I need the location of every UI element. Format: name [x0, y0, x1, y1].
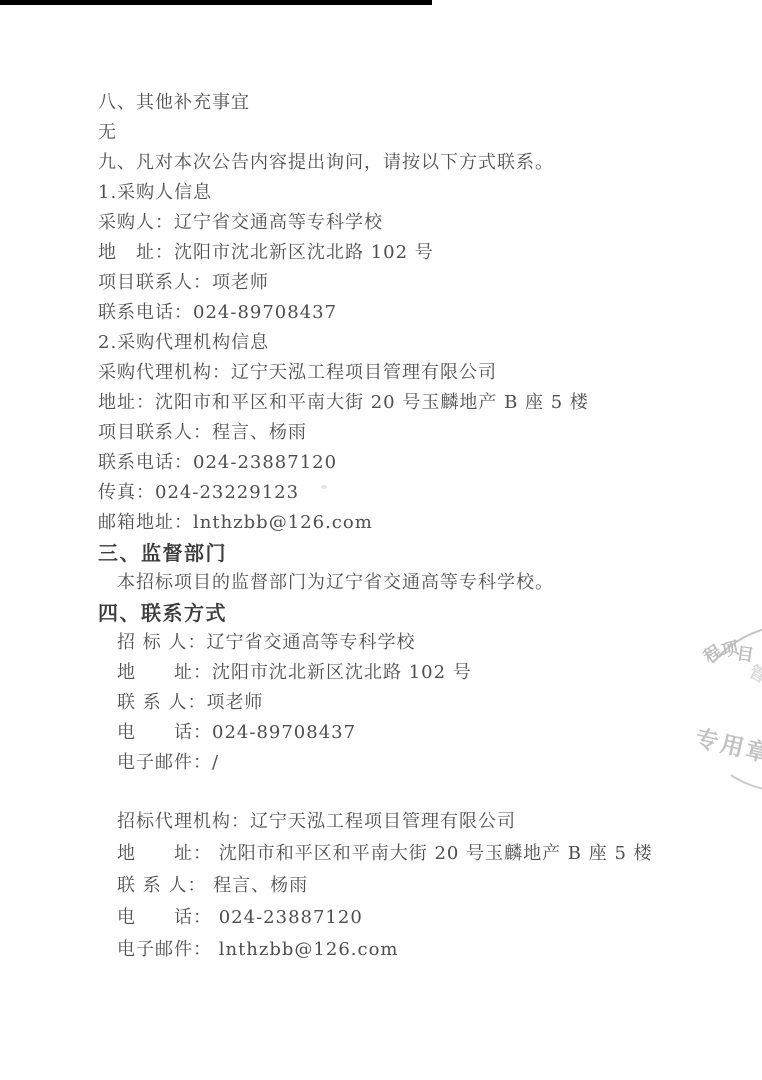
blank-line	[98, 778, 742, 806]
agency-fax-line: 传真：024-23229123	[98, 478, 742, 508]
tenderer-contact-line: 联 系 人：项老师	[98, 688, 742, 718]
tenderer-address-line: 地 址：沈阳市沈北新区沈北路 102 号	[98, 658, 742, 688]
tenderer-phone-line: 电 话：024-89708437	[98, 718, 742, 748]
purchaser-name-line: 采购人：辽宁省交通高等专科学校	[98, 208, 742, 238]
supervision-section-heading: 三、监督部门	[98, 538, 742, 568]
tender-agent-address-line: 地 址： 沈阳市和平区和平南大街 20 号玉麟地产 B 座 5 楼	[98, 838, 742, 870]
scanned-document-page: 八、其他补充事宜 无 九、凡对本次公告内容提出询问，请按以下方式联系。 1.采购…	[0, 0, 762, 1080]
agency-address-line: 地址：沈阳市和平区和平南大街 20 号玉麟地产 B 座 5 楼	[98, 388, 742, 418]
purchaser-address-line: 地 址：沈阳市沈北新区沈北路 102 号	[98, 238, 742, 268]
scanner-edge-artifact	[0, 0, 432, 5]
section-8-none-value: 无	[98, 118, 742, 148]
agency-info-title: 2.采购代理机构信息	[98, 328, 742, 358]
tender-agent-contact-line: 联 系 人： 程言、杨雨	[98, 870, 742, 902]
tenderer-email-line: 电子邮件：/	[98, 748, 742, 778]
tender-agent-email-line: 电子邮件： lnthzbb@126.com	[98, 934, 742, 966]
seal-arc-char: 管	[745, 657, 762, 687]
purchaser-contact-line: 项目联系人：项老师	[98, 268, 742, 298]
agency-contact-line: 项目联系人：程言、杨雨	[98, 418, 742, 448]
tender-agent-name-line: 招标代理机构：辽宁天泓工程项目管理有限公司	[98, 806, 742, 838]
document-body: 八、其他补充事宜 无 九、凡对本次公告内容提出询问，请按以下方式联系。 1.采购…	[98, 88, 742, 966]
purchaser-info-title: 1.采购人信息	[98, 178, 742, 208]
contact-section-heading: 四、联系方式	[98, 598, 742, 628]
supervision-body-line: 本招标项目的监督部门为辽宁省交通高等专科学校。	[98, 568, 742, 598]
agency-email-line: 邮箱地址：lnthzbb@126.com	[98, 508, 742, 538]
purchaser-phone-line: 联系电话：024-89708437	[98, 298, 742, 328]
section-8-heading: 八、其他补充事宜	[98, 88, 742, 118]
tender-agent-phone-line: 电 话： 024-23887120	[98, 902, 742, 934]
agency-phone-line: 联系电话：024-23887120	[98, 448, 742, 478]
section-9-heading: 九、凡对本次公告内容提出询问，请按以下方式联系。	[98, 148, 742, 178]
tenderer-name-line: 招 标 人：辽宁省交通高等专科学校	[98, 628, 742, 658]
agency-name-line: 采购代理机构：辽宁天泓工程项目管理有限公司	[98, 358, 742, 388]
